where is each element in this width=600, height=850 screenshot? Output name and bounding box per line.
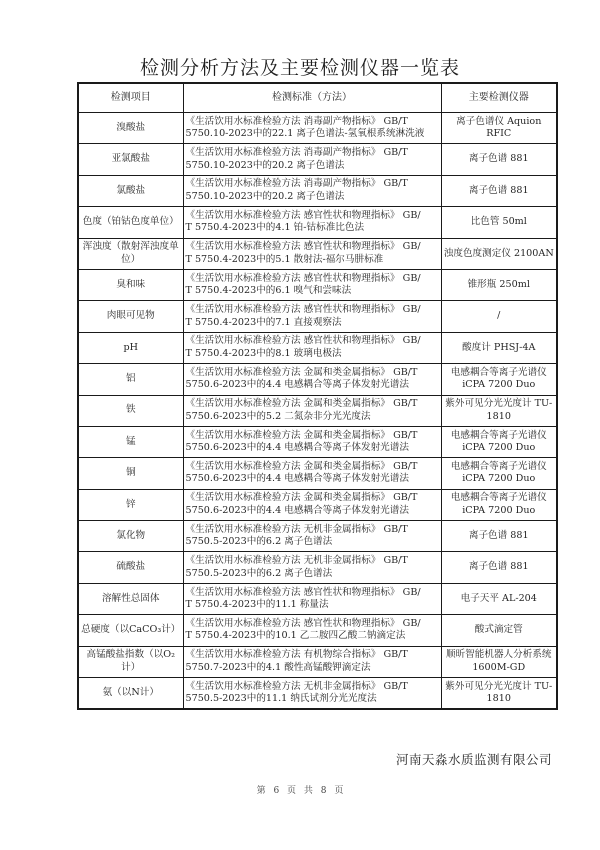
table-row: 铜《生活饮用水标准检验方法 金属和类金属指标》 GB/T 5750.6-2023… — [78, 458, 557, 489]
instrument-cell: 电感耦合等离子光谱仪 iCPA 7200 Duo — [441, 364, 557, 395]
table-row: 铁《生活饮用水标准检验方法 金属和类金属指标》 GB/T 5750.6-2023… — [78, 395, 557, 426]
method-cell: 《生活饮用水标准检验方法 无机非金属指标》 GB/T 5750.5-2023中的… — [183, 678, 441, 710]
item-cell: 铜 — [78, 458, 183, 489]
instrument-cell: 离子色谱 881 — [441, 175, 557, 206]
table-row: 臭和味《生活饮用水标准检验方法 感官性状和物理指标》 GB/ T 5750.4-… — [78, 269, 557, 300]
item-cell: 臭和味 — [78, 269, 183, 300]
item-cell: 锰 — [78, 426, 183, 457]
item-cell: 氨（以N计） — [78, 678, 183, 710]
item-cell: 铁 — [78, 395, 183, 426]
item-cell: 氯酸盐 — [78, 175, 183, 206]
table-row: 色度（铂钴色度单位）《生活饮用水标准检验方法 感官性状和物理指标》 GB/ T … — [78, 207, 557, 238]
table-row: 总硬度（以CaCO₃计）《生活饮用水标准检验方法 感官性状和物理指标》 GB/ … — [78, 615, 557, 646]
method-cell: 《生活饮用水标准检验方法 感官性状和物理指标》 GB/ T 5750.4-202… — [183, 583, 441, 614]
table-row: 氯酸盐《生活饮用水标准检验方法 消毒副产物指标》 GB/T 5750.10-20… — [78, 175, 557, 206]
item-cell: 高锰酸盐指数（以O₂计） — [78, 646, 183, 677]
instrument-cell: 电感耦合等离子光谱仪 iCPA 7200 Duo — [441, 458, 557, 489]
table-row: 铝《生活饮用水标准检验方法 金属和类金属指标》 GB/T 5750.6-2023… — [78, 364, 557, 395]
header-method: 检测标准（方法） — [183, 83, 441, 113]
instrument-cell: 离子色谱 881 — [441, 144, 557, 175]
header-item: 检测项目 — [78, 83, 183, 113]
instrument-cell: 酸式滴定管 — [441, 615, 557, 646]
instrument-cell: / — [441, 301, 557, 332]
table-header-row: 检测项目 检测标准（方法） 主要检测仪器 — [78, 83, 557, 113]
method-cell: 《生活饮用水标准检验方法 消毒副产物指标》 GB/T 5750.10-2023中… — [183, 144, 441, 175]
instrument-cell: 酸度计 PHSJ-4A — [441, 332, 557, 363]
page-title: 检测分析方法及主要检测仪器一览表 — [0, 53, 600, 80]
table-row: 溶解性总固体《生活饮用水标准检验方法 感官性状和物理指标》 GB/ T 5750… — [78, 583, 557, 614]
table-row: 锌《生活饮用水标准检验方法 金属和类金属指标》 GB/T 5750.6-2023… — [78, 489, 557, 520]
item-cell: 溴酸盐 — [78, 113, 183, 144]
table-row: 氨（以N计）《生活饮用水标准检验方法 无机非金属指标》 GB/T 5750.5-… — [78, 678, 557, 710]
instrument-cell: 电感耦合等离子光谱仪 iCPA 7200 Duo — [441, 426, 557, 457]
instrument-cell: 电子天平 AL-204 — [441, 583, 557, 614]
table-row: 肉眼可见物《生活饮用水标准检验方法 感官性状和物理指标》 GB/ T 5750.… — [78, 301, 557, 332]
item-cell: 溶解性总固体 — [78, 583, 183, 614]
table-row: pH《生活饮用水标准检验方法 感官性状和物理指标》 GB/ T 5750.4-2… — [78, 332, 557, 363]
item-cell: 浑浊度（散射浑浊度单位） — [78, 238, 183, 269]
instrument-cell: 顺昕智能机器人分析系统 1600M-GD — [441, 646, 557, 677]
table-row: 亚氯酸盐《生活饮用水标准检验方法 消毒副产物指标》 GB/T 5750.10-2… — [78, 144, 557, 175]
method-cell: 《生活饮用水标准检验方法 金属和类金属指标》 GB/T 5750.6-2023中… — [183, 458, 441, 489]
item-cell: 铝 — [78, 364, 183, 395]
instrument-cell: 离子色谱 881 — [441, 521, 557, 552]
method-cell: 《生活饮用水标准检验方法 感官性状和物理指标》 GB/ T 5750.4-202… — [183, 615, 441, 646]
method-cell: 《生活饮用水标准检验方法 感官性状和物理指标》 GB/ T 5750.4-202… — [183, 301, 441, 332]
instrument-cell: 锥形瓶 250ml — [441, 269, 557, 300]
method-cell: 《生活饮用水标准检验方法 无机非金属指标》 GB/T 5750.5-2023中的… — [183, 521, 441, 552]
table-row: 溴酸盐《生活饮用水标准检验方法 消毒副产物指标》 GB/T 5750.10-20… — [78, 113, 557, 144]
item-cell: pH — [78, 332, 183, 363]
table-row: 高锰酸盐指数（以O₂计）《生活饮用水标准检验方法 有机物综合指标》 GB/T 5… — [78, 646, 557, 677]
item-cell: 肉眼可见物 — [78, 301, 183, 332]
method-cell: 《生活饮用水标准检验方法 金属和类金属指标》 GB/T 5750.6-2023中… — [183, 395, 441, 426]
method-cell: 《生活饮用水标准检验方法 感官性状和物理指标》 GB/ T 5750.4-202… — [183, 207, 441, 238]
method-cell: 《生活饮用水标准检验方法 消毒副产物指标》 GB/T 5750.10-2023中… — [183, 113, 441, 144]
method-cell: 《生活饮用水标准检验方法 感官性状和物理指标》 GB/ T 5750.4-202… — [183, 238, 441, 269]
instrument-cell: 比色管 50ml — [441, 207, 557, 238]
method-cell: 《生活饮用水标准检验方法 消毒副产物指标》 GB/T 5750.10-2023中… — [183, 175, 441, 206]
table-row: 浑浊度（散射浑浊度单位）《生活饮用水标准检验方法 感官性状和物理指标》 GB/ … — [78, 238, 557, 269]
instrument-cell: 离子色谱 881 — [441, 552, 557, 583]
instrument-cell: 电感耦合等离子光谱仪 iCPA 7200 Duo — [441, 489, 557, 520]
method-cell: 《生活饮用水标准检验方法 金属和类金属指标》 GB/T 5750.6-2023中… — [183, 364, 441, 395]
method-cell: 《生活饮用水标准检验方法 有机物综合指标》 GB/T 5750.7-2023中的… — [183, 646, 441, 677]
instrument-cell: 紫外可见分光光度计 TU-1810 — [441, 395, 557, 426]
instrument-cell: 浊度色度测定仪 2100AN — [441, 238, 557, 269]
header-instrument: 主要检测仪器 — [441, 83, 557, 113]
method-cell: 《生活饮用水标准检验方法 感官性状和物理指标》 GB/ T 5750.4-202… — [183, 332, 441, 363]
item-cell: 锌 — [78, 489, 183, 520]
item-cell: 亚氯酸盐 — [78, 144, 183, 175]
item-cell: 氯化物 — [78, 521, 183, 552]
company-name: 河南天淼水质监测有限公司 — [396, 750, 552, 768]
item-cell: 硫酸盐 — [78, 552, 183, 583]
page-number: 第 6 页 共 8 页 — [0, 783, 600, 796]
instrument-cell: 紫外可见分光光度计 TU-1810 — [441, 678, 557, 710]
methods-instruments-table: 检测项目 检测标准（方法） 主要检测仪器 溴酸盐《生活饮用水标准检验方法 消毒副… — [77, 82, 558, 710]
method-cell: 《生活饮用水标准检验方法 金属和类金属指标》 GB/T 5750.6-2023中… — [183, 426, 441, 457]
method-cell: 《生活饮用水标准检验方法 金属和类金属指标》 GB/T 5750.6-2023中… — [183, 489, 441, 520]
item-cell: 色度（铂钴色度单位） — [78, 207, 183, 238]
table-row: 氯化物《生活饮用水标准检验方法 无机非金属指标》 GB/T 5750.5-202… — [78, 521, 557, 552]
table-row: 锰《生活饮用水标准检验方法 金属和类金属指标》 GB/T 5750.6-2023… — [78, 426, 557, 457]
method-cell: 《生活饮用水标准检验方法 无机非金属指标》 GB/T 5750.5-2023中的… — [183, 552, 441, 583]
instrument-cell: 离子色谱仪 Aquion RFIC — [441, 113, 557, 144]
item-cell: 总硬度（以CaCO₃计） — [78, 615, 183, 646]
method-cell: 《生活饮用水标准检验方法 感官性状和物理指标》 GB/ T 5750.4-202… — [183, 269, 441, 300]
table-row: 硫酸盐《生活饮用水标准检验方法 无机非金属指标》 GB/T 5750.5-202… — [78, 552, 557, 583]
